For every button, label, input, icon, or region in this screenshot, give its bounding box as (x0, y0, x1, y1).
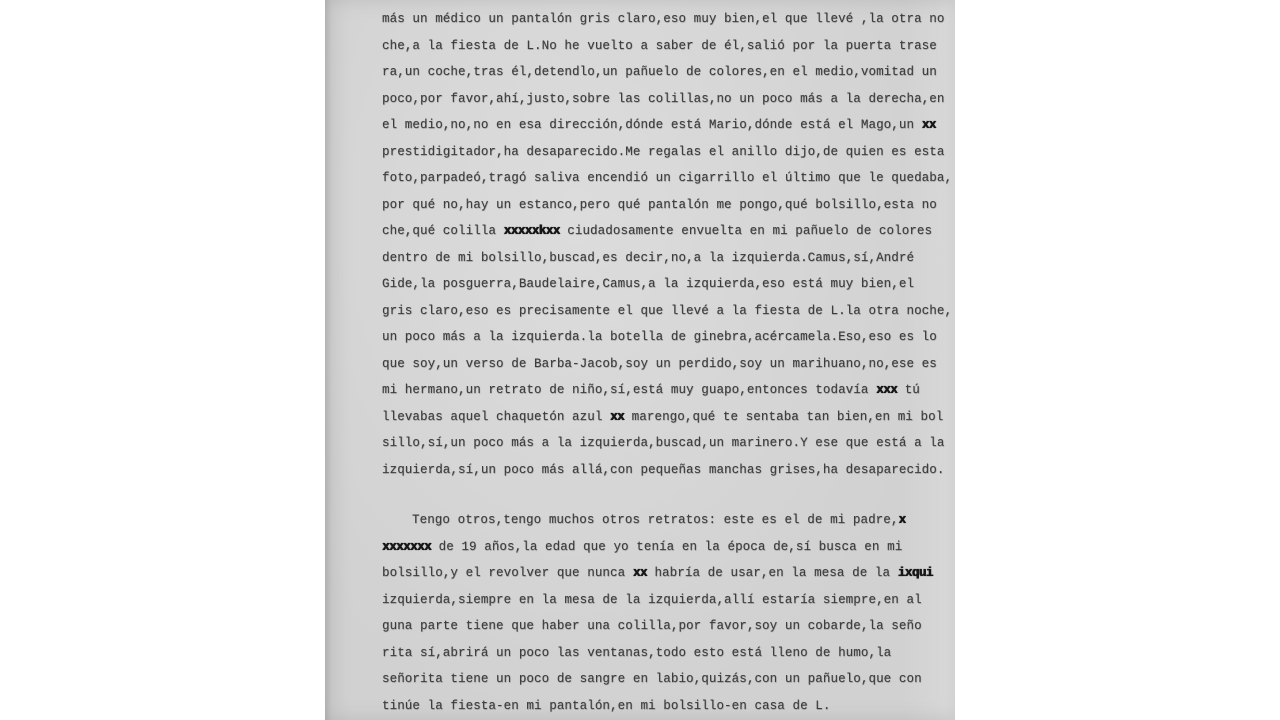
document-page: más un médico un pantalón gris claro,eso… (325, 0, 955, 720)
text-line: foto,parpadeó,tragó saliva encendió un c… (382, 165, 948, 192)
overstruck-text: xx (922, 118, 936, 132)
text-segment: tinúe la fiesta-en mi pantalón,en mi bol… (382, 699, 830, 713)
text-segment: guna parte tiene que haber una colilla,p… (382, 619, 922, 633)
text-line: mi hermano,un retrato de niño,sí,está mu… (382, 377, 948, 404)
text-line: izquierda,siempre en la mesa de la izqui… (382, 587, 948, 614)
text-segment: rita sí,abrirá un poco las ventanas,todo… (382, 646, 891, 660)
text-segment: izquierda,sí,un poco más allá,con pequeñ… (382, 463, 945, 477)
overstruck-text: xxxxxkxx (504, 224, 560, 238)
text-line: ra,un coche,tras él,detendlo,un pañuelo … (382, 59, 948, 86)
scan-background: más un médico un pantalón gris claro,eso… (0, 0, 1280, 720)
text-line: Tengo otros,tengo muchos otros retratos:… (382, 507, 948, 534)
text-segment: Gide,la posguerra,Baudelaire,Camus,a la … (382, 277, 914, 291)
text-line: che,a la fiesta de L.No he vuelto a sabe… (382, 33, 948, 60)
text-line: sillo,sí,un poco más a la izquierda,busc… (382, 430, 948, 457)
text-segment: marengo,qué te sentaba tan bien,en mi bo… (624, 410, 943, 424)
text-line: Gide,la posguerra,Baudelaire,Camus,a la … (382, 271, 948, 298)
text-line: el medio,no,no en esa dirección,dónde es… (382, 112, 948, 139)
text-line: dentro de mi bolsillo,buscad,es decir,no… (382, 245, 948, 272)
overstruck-text: xxx (876, 383, 897, 397)
text-segment: tú (897, 383, 920, 397)
text-line: llevabas aquel chaquetón azul xx marengo… (382, 404, 948, 431)
overstruck-text: xxxxxxx (382, 540, 431, 554)
text-line: más un médico un pantalón gris claro,eso… (382, 6, 948, 33)
overstruck-text: xx (610, 410, 624, 424)
paragraph: Tengo otros,tengo muchos otros retratos:… (382, 507, 948, 719)
text-segment: ra,un coche,tras él,detendlo,un pañuelo … (382, 65, 937, 79)
text-line: que soy,un verso de Barba-Jacob,soy un p… (382, 351, 948, 378)
text-segment: por qué no,hay un estanco,pero qué panta… (382, 198, 937, 212)
text-segment: de 19 años,la edad que yo tenía en la ép… (431, 540, 902, 554)
text-segment: prestidigitador,ha desaparecido.Me regal… (382, 145, 945, 159)
text-line: por qué no,hay un estanco,pero qué panta… (382, 192, 948, 219)
text-segment: Tengo otros,tengo muchos otros retratos:… (412, 513, 898, 527)
text-segment: un poco más a la izquierda.la botella de… (382, 330, 937, 344)
text-segment: izquierda,siempre en la mesa de la izqui… (382, 593, 922, 607)
text-segment: gris claro,eso es precisamente el que ll… (382, 304, 952, 318)
text-line: señorita tiene un poco de sangre en labi… (382, 666, 948, 693)
overstruck-text: xx (633, 566, 647, 580)
text-segment: habría de usar,en la mesa de la (647, 566, 898, 580)
text-segment: sillo,sí,un poco más a la izquierda,busc… (382, 436, 945, 450)
text-line: che,qué colilla xxxxxkxx ciudadosamente … (382, 218, 948, 245)
text-line: rita sí,abrirá un poco las ventanas,todo… (382, 640, 948, 667)
text-line: xxxxxxx de 19 años,la edad que yo tenía … (382, 534, 948, 561)
overstruck-text: ixqui (898, 566, 933, 580)
text-line: un poco más a la izquierda.la botella de… (382, 324, 948, 351)
text-line: izquierda,sí,un poco más allá,con pequeñ… (382, 457, 948, 484)
text-line: tinúe la fiesta-en mi pantalón,en mi bol… (382, 693, 948, 720)
text-segment: poco,por favor,ahí,justo,sobre las colil… (382, 92, 945, 106)
text-segment: che,a la fiesta de L.No he vuelto a sabe… (382, 39, 937, 53)
text-segment: mi hermano,un retrato de niño,sí,está mu… (382, 383, 876, 397)
text-segment: dentro de mi bolsillo,buscad,es decir,no… (382, 251, 914, 265)
text-segment: ciudadosamente envuelta en mi pañuelo de… (560, 224, 932, 238)
overstruck-text: x (898, 513, 905, 527)
text-segment: que soy,un verso de Barba-Jacob,soy un p… (382, 357, 937, 371)
text-line: gris claro,eso es precisamente el que ll… (382, 298, 948, 325)
text-line: poco,por favor,ahí,justo,sobre las colil… (382, 86, 948, 113)
text-segment: señorita tiene un poco de sangre en labi… (382, 672, 922, 686)
text-segment: bolsillo,y el revolver que nunca (382, 566, 633, 580)
text-segment: el medio,no,no en esa dirección,dónde es… (382, 118, 922, 132)
text-segment: llevabas aquel chaquetón azul (382, 410, 610, 424)
page-text: más un médico un pantalón gris claro,eso… (382, 6, 948, 719)
text-line: prestidigitador,ha desaparecido.Me regal… (382, 139, 948, 166)
text-segment: más un médico un pantalón gris claro,eso… (382, 12, 945, 26)
paragraph: más un médico un pantalón gris claro,eso… (382, 6, 948, 483)
text-line: bolsillo,y el revolver que nunca xx habr… (382, 560, 948, 587)
text-segment: foto,parpadeó,tragó saliva encendió un c… (382, 171, 952, 185)
text-segment: che,qué colilla (382, 224, 504, 238)
text-line: guna parte tiene que haber una colilla,p… (382, 613, 948, 640)
